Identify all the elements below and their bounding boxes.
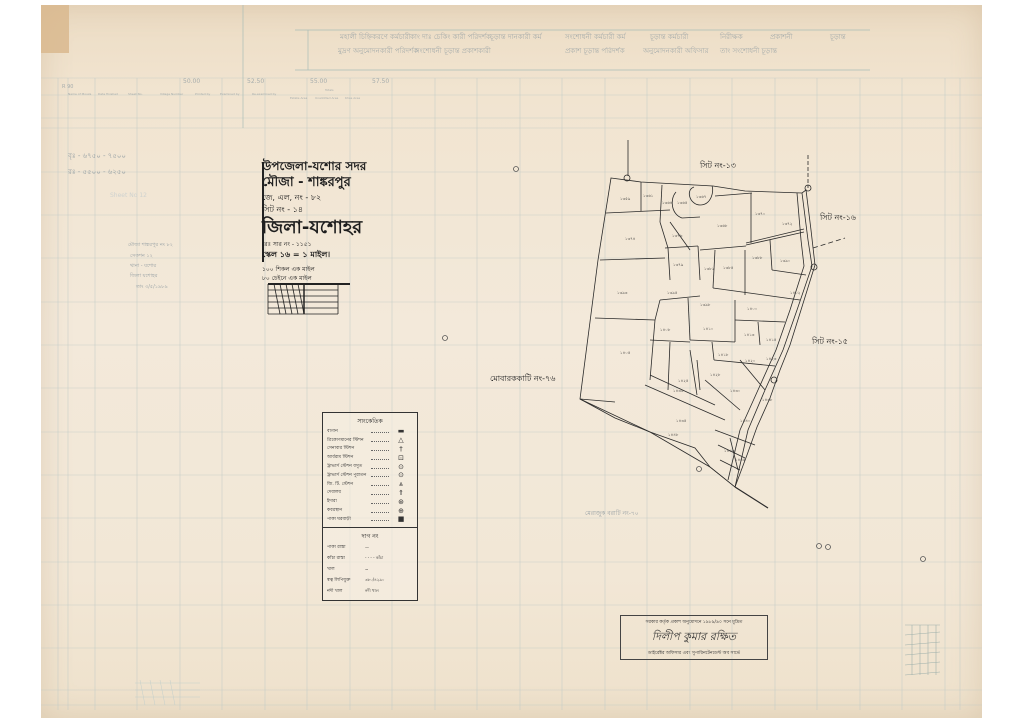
plot-number: ১৪২৮ xyxy=(710,372,720,379)
plot-number: ১৩৬১ xyxy=(643,193,653,200)
plot-number: ১৪৪৫ xyxy=(735,457,745,464)
certification-block: সরকার কর্তৃক প্রকাশ অনুমোদনে ১৯৮৯/৯০ সনে… xyxy=(620,615,768,660)
plot-number: ১৪২০ xyxy=(745,358,755,365)
plot-number: ১৪৪০ xyxy=(740,418,750,425)
plot-number: ১৩৬৪ xyxy=(662,200,672,207)
plot-number: ১৩৮২ xyxy=(704,266,714,273)
plot-number: ১৪২৫ xyxy=(678,378,688,385)
plot-number: ১৩৬৮ xyxy=(717,223,727,230)
plot-number: ১৪০০ xyxy=(747,306,757,313)
plot-number: ১৪৩০ xyxy=(730,388,740,395)
adjacent-mouza-west: মোবারককাটি নং-৭৬ xyxy=(490,373,555,386)
plot-number: ১৪১৮ xyxy=(718,352,728,359)
plot-number: ১৪৪৩ xyxy=(724,448,734,455)
plot-number: ১৪৪৮ xyxy=(668,432,678,439)
adjacent-sheet-east-lower: সিট নং-১৫ xyxy=(812,336,848,349)
plot-number: ১৩৯০ xyxy=(780,258,790,265)
plot-number: ১৩৫৯ xyxy=(620,196,630,203)
plot-number: ১৩৭৬ xyxy=(672,233,682,240)
plot-number: ১৪৩৩ xyxy=(673,388,683,395)
plot-number: ১৪০৫ xyxy=(620,350,630,357)
plot-number: ১৪২৩ xyxy=(766,356,776,363)
plot-number: ১৪১৫ xyxy=(766,337,776,344)
certification-signature: দিলীপ কুমার রক্ষিত xyxy=(621,628,767,647)
cadastral-map xyxy=(0,0,1024,723)
plot-number: ১৪১৩ xyxy=(744,332,754,339)
adjacent-sheet-north: সিট নং-১৩ xyxy=(700,160,736,173)
plot-number: ১৩৯৩ xyxy=(617,290,627,297)
adjacent-sheet-east-upper: সিট নং-১৬ xyxy=(820,212,856,225)
plot-number: ১৩৭৪ xyxy=(625,236,635,243)
plot-number: ১৩৮৫ xyxy=(723,265,733,272)
plot-number: ১৪০৮ xyxy=(660,327,670,334)
plot-number: ১৩৭২ xyxy=(782,221,792,228)
plot-number: ১৩৬৭ xyxy=(696,194,706,201)
certification-bottom: ডাইরেক্টর অফিসার এবং সুপারিনটেনডেন্ট অব … xyxy=(621,650,767,657)
plot-number: ১৪৩৮ xyxy=(762,397,772,404)
plot-number: ১৩৯৫ xyxy=(667,290,677,297)
adjacent-mouza-south: মেরাজুক বরাটি নং-৭০ xyxy=(585,508,639,519)
plot-number: ১৩৬৫ xyxy=(677,200,687,207)
plot-number: ১৪০২ xyxy=(790,290,800,297)
plot-number: ১৩৮৮ xyxy=(752,255,762,262)
plot-number: ১৩৭০ xyxy=(755,211,765,218)
plot-number: ১৪৩৫ xyxy=(676,418,686,425)
plot-number: ১৪১০ xyxy=(703,326,713,333)
certification-top: সরকার কর্তৃক প্রকাশ অনুমোদনে ১৯৮৯/৯০ সনে… xyxy=(621,619,767,626)
plot-number: ১৩৭৯ xyxy=(673,262,683,269)
plot-number: ১৩৯৮ xyxy=(700,302,710,309)
